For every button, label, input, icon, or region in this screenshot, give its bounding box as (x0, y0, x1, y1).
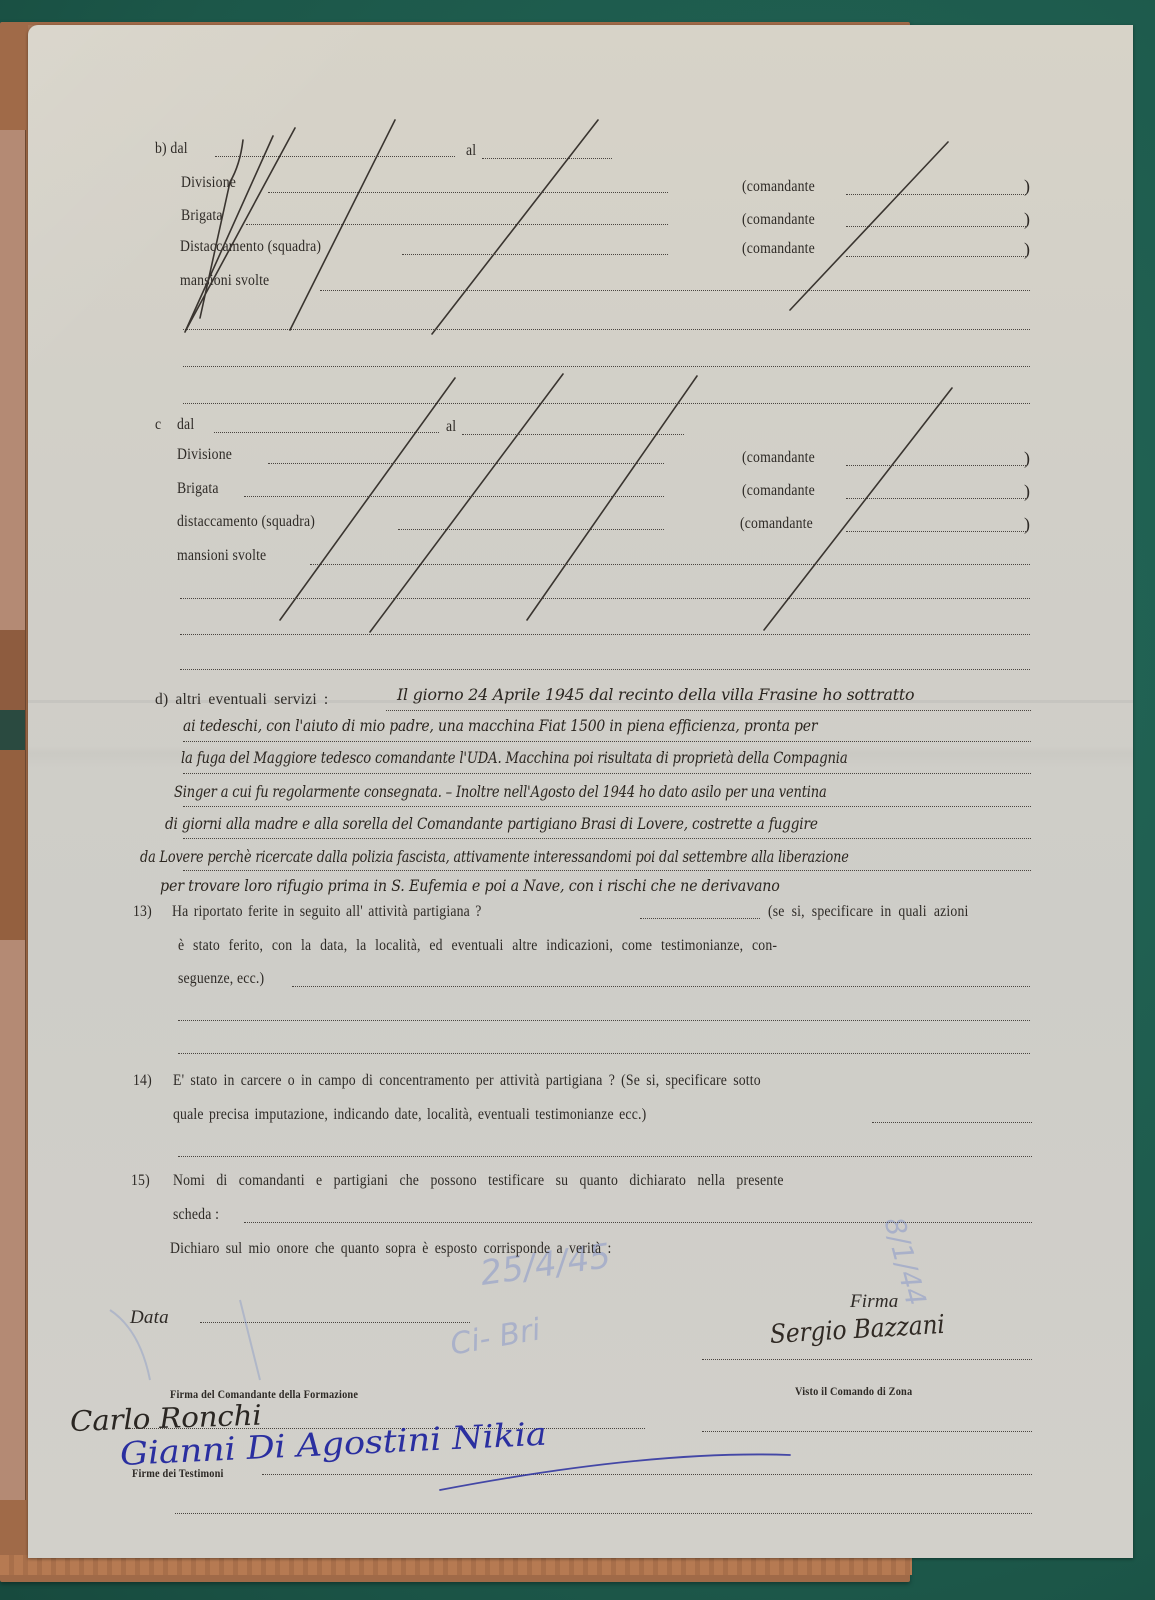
q13-text: è stato ferito, con la data, la località… (178, 937, 777, 955)
mansioni-field[interactable] (320, 290, 1030, 291)
mansioni-field-line[interactable] (180, 598, 1030, 599)
mansioni-label: mansioni svolte (180, 272, 269, 290)
q14-answer-field-line[interactable] (178, 1156, 1032, 1157)
q15-answer-field[interactable] (244, 1222, 1032, 1223)
handwritten-line: da Lovere perchè ricercate dalla polizia… (140, 848, 849, 866)
handwritten-line: di giorni alla madre e alla sorella del … (165, 815, 818, 833)
close-paren: ) (1024, 448, 1030, 469)
al-field[interactable] (482, 158, 612, 159)
divisione-field[interactable] (268, 463, 664, 464)
folder-edge-bottom (0, 1555, 912, 1575)
comandante-field[interactable] (846, 498, 1026, 499)
servizi-field[interactable] (386, 710, 1031, 711)
mansioni-field-line[interactable] (183, 403, 1030, 404)
q14-text: quale precisa imputazione, indicando dat… (173, 1106, 646, 1124)
q13-text: seguenze, ecc.) (178, 970, 264, 988)
al-field[interactable] (462, 434, 684, 435)
handwritten-line: Il giorno 24 Aprile 1945 dal recinto del… (397, 686, 914, 704)
servizi-field-line[interactable] (183, 741, 1031, 742)
mansioni-field-line[interactable] (183, 366, 1030, 367)
visto-comando-label: Visto il Comando di Zona (795, 1384, 912, 1399)
divisione-field[interactable] (268, 192, 668, 193)
brigata-label: Brigata (177, 480, 219, 498)
q15-text: Nomi di comandanti e partigiani che poss… (173, 1172, 784, 1190)
distaccamento-field[interactable] (398, 529, 664, 530)
firma-field[interactable] (702, 1359, 1032, 1360)
handwritten-line: la fuga del Maggiore tedesco comandante … (181, 749, 848, 767)
dal-label: dal (177, 416, 194, 434)
section-b-label: b) dal (155, 140, 188, 158)
folder-edge (0, 130, 26, 630)
divisione-label: Divisione (177, 446, 232, 464)
servizi-field-line[interactable] (183, 870, 1031, 871)
servizi-field-line[interactable] (183, 806, 1031, 807)
q13-text: (se si, specificare in quali azioni (768, 903, 969, 921)
mansioni-field[interactable] (310, 564, 1030, 565)
q13-detail-field[interactable] (292, 986, 1030, 987)
al-label: al (446, 418, 456, 436)
mansioni-field-line[interactable] (180, 634, 1030, 635)
section-c-label: c (155, 416, 161, 434)
q14-text: E' stato in carcere o in campo di concen… (173, 1072, 761, 1090)
comandante-label: (comandante (742, 482, 815, 500)
testimoni-field-line[interactable] (175, 1513, 1032, 1514)
q15-text: scheda : (173, 1206, 219, 1224)
data-label: Data (130, 1307, 169, 1329)
comandante-field[interactable] (846, 465, 1026, 466)
brigata-field[interactable] (244, 496, 664, 497)
close-paren: ) (1024, 239, 1030, 260)
brigata-field[interactable] (246, 224, 668, 225)
visto-signature-field[interactable] (702, 1431, 1032, 1432)
q14-number: 14) (133, 1072, 152, 1090)
distaccamento-field[interactable] (402, 254, 668, 255)
close-paren: ) (1024, 514, 1030, 535)
folder-edge (0, 940, 26, 1500)
dal-field[interactable] (214, 432, 439, 433)
comandante-label: (comandante (742, 449, 815, 467)
q15-number: 15) (131, 1172, 150, 1190)
handwritten-line: ai tedeschi, con l'aiuto di mio padre, u… (183, 717, 817, 735)
mansioni-label: mansioni svolte (177, 547, 266, 565)
comandante-field[interactable] (846, 194, 1026, 195)
comandante-label: (comandante (742, 240, 815, 258)
comandante-field[interactable] (846, 531, 1026, 532)
handwritten-line: Singer a cui fu regolarmente consegnata.… (174, 783, 827, 801)
date-field[interactable] (200, 1322, 470, 1323)
q13-detail-field-line[interactable] (178, 1020, 1030, 1021)
close-paren: ) (1024, 481, 1030, 502)
folder-edge (0, 630, 26, 710)
folder-edge (0, 710, 26, 750)
section-d-label: d) altri eventuali servizi : (155, 691, 328, 709)
close-paren: ) (1024, 176, 1030, 197)
comandante-field[interactable] (846, 226, 1026, 227)
q13-detail-field-line[interactable] (178, 1053, 1030, 1054)
q14-answer-field[interactable] (872, 1122, 1032, 1123)
declaration-text: Dichiaro sul mio onore che quanto sopra … (170, 1240, 612, 1258)
mansioni-field-line[interactable] (180, 669, 1030, 670)
servizi-field-line[interactable] (183, 773, 1031, 774)
comandante-label: (comandante (742, 211, 815, 229)
servizi-field-line[interactable] (183, 838, 1031, 839)
dal-field[interactable] (215, 156, 455, 157)
comandante-label: (comandante (742, 178, 815, 196)
firma-label: Firma (850, 1291, 899, 1313)
divisione-label: Divisione (181, 174, 236, 192)
distaccamento-label: Distaccamento (squadra) (180, 238, 321, 256)
brigata-label: Brigata (181, 207, 223, 225)
al-label: al (466, 142, 476, 160)
folder-edge (0, 750, 26, 940)
q13-text: Ha riportato ferite in seguito all' atti… (172, 903, 482, 921)
comandante-label: (comandante (740, 515, 813, 533)
close-paren: ) (1024, 209, 1030, 230)
comandante-field[interactable] (846, 256, 1026, 257)
handwritten-line: per trovare loro rifugio prima in S. Euf… (160, 877, 780, 895)
q13-number: 13) (133, 903, 152, 921)
testimoni-field[interactable] (262, 1474, 1032, 1475)
q13-answer-field[interactable] (640, 918, 760, 919)
mansioni-field-line[interactable] (183, 329, 1030, 330)
distaccamento-label: distaccamento (squadra) (177, 513, 315, 531)
